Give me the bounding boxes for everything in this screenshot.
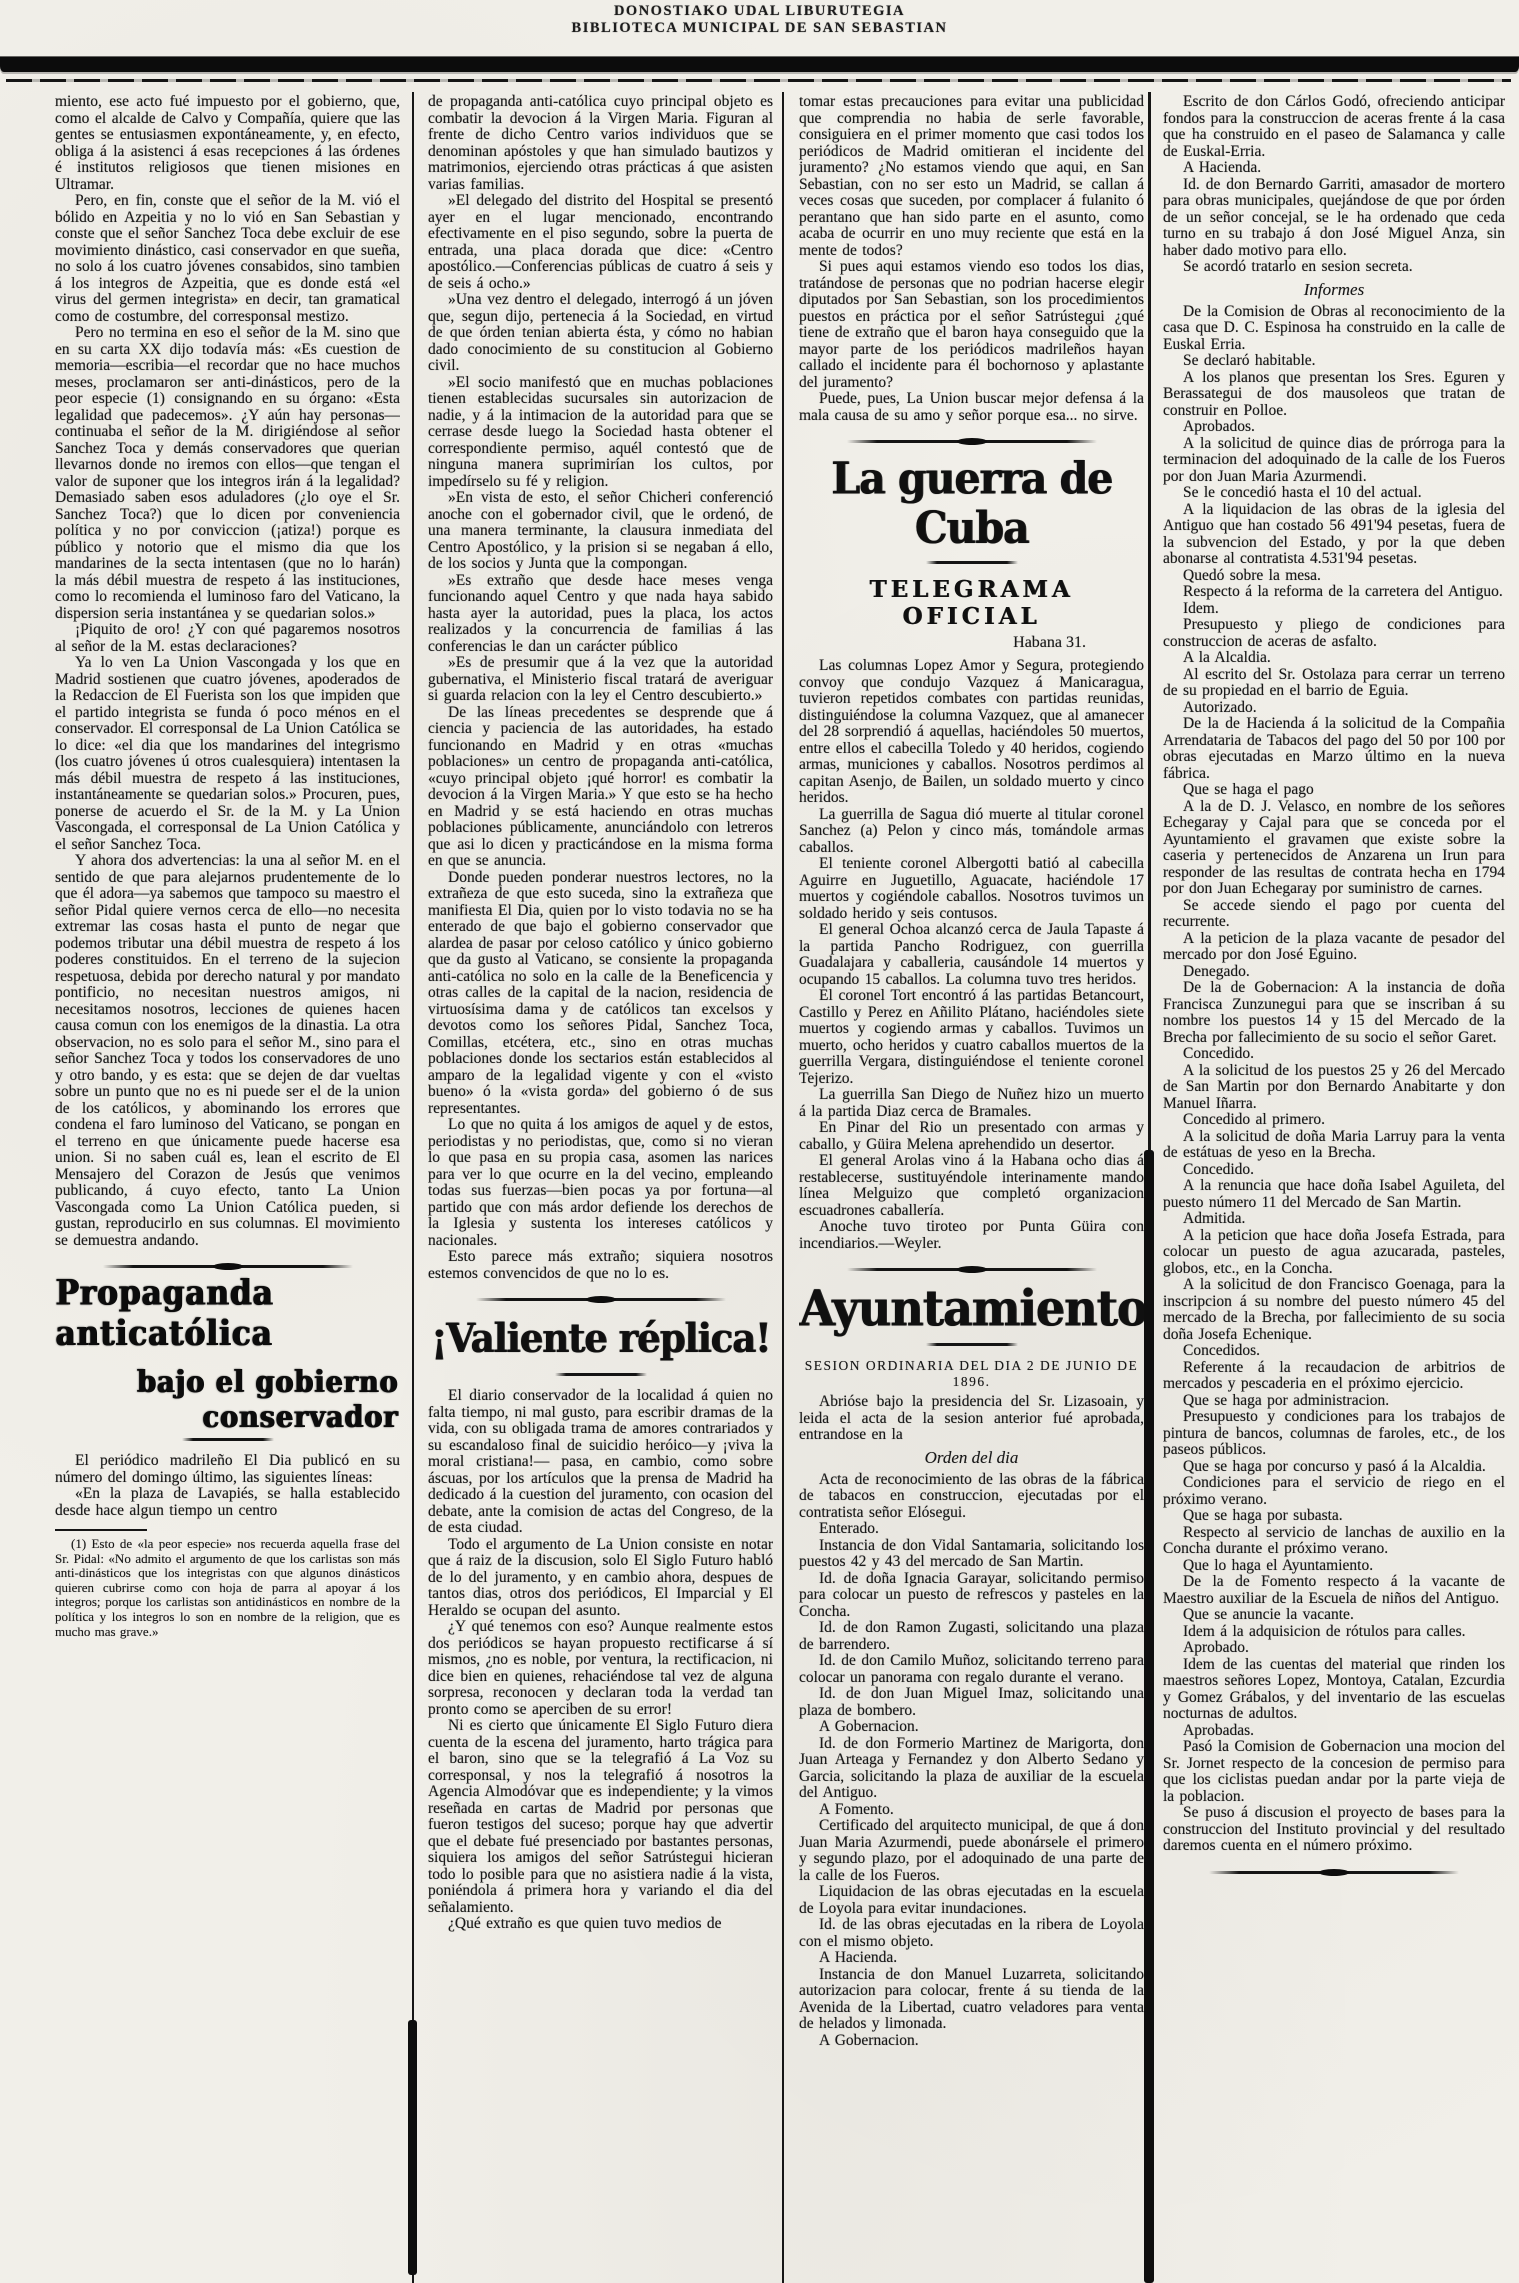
top-rule: [6, 79, 1511, 82]
article-paragraph: A la Alcaldia.: [1163, 650, 1505, 667]
article-paragraph: Pasó la Comision de Gobernacion una moci…: [1163, 1739, 1505, 1805]
article-paragraph: Id. de don Bernardo Garriti, amasador de…: [1163, 177, 1505, 260]
article-paragraph: A la de D. J. Velasco, en nombre de los …: [1163, 799, 1505, 898]
article-paragraph: Donde pueden ponderar nuestros lectores,…: [428, 870, 773, 1118]
footnote-text: (1) Esto de «la peor especie» nos recuer…: [55, 1537, 400, 1639]
article-paragraph: A la renuncia que hace doña Isabel Aguil…: [1163, 1178, 1505, 1211]
article-paragraph: ¡Piquito de oro! ¿Y con qué pagaremos no…: [55, 622, 400, 655]
article-paragraph: Ya lo ven La Union Vascongada y los que …: [55, 655, 400, 853]
headline-divider: [182, 1438, 274, 1441]
article-paragraph: Certificado del arquitecto municipal, de…: [799, 1818, 1144, 1884]
article-paragraph: Escrito de don Cárlos Godó, ofreciendo a…: [1163, 94, 1505, 160]
article-paragraph: Todo el argumento de La Union consiste e…: [428, 1537, 773, 1620]
library-stamp-line2: BIBLIOTECA MUNICIPAL DE SAN SEBASTIAN: [0, 20, 1519, 37]
article-paragraph: De la de Fomento respecto á la vacante d…: [1163, 1574, 1505, 1607]
article-paragraph: A Hacienda.: [799, 1950, 1144, 1967]
article-paragraph: A la solicitud de quince dias de prórrog…: [1163, 436, 1505, 486]
article-paragraph: Se accede siendo el pago por cuenta del …: [1163, 898, 1505, 931]
article-paragraph: A la peticion que hace doña Josefa Estra…: [1163, 1228, 1505, 1278]
scan-blot: [408, 2020, 417, 2275]
article-paragraph: Se le concedió hasta el 10 del actual.: [1163, 485, 1505, 502]
article-paragraph: Id. de don Formerio Martinez de Marigort…: [799, 1736, 1144, 1802]
article-paragraph: Concedido.: [1163, 1046, 1505, 1063]
article-paragraph: La guerrilla de Sagua dió muerte al titu…: [799, 807, 1144, 857]
section-divider: [1209, 1871, 1459, 1874]
article-paragraph: Concedido.: [1163, 1162, 1505, 1179]
article-paragraph: El general Ochoa alcanzó cerca de Jaula …: [799, 922, 1144, 988]
article-paragraph: ¿Qué extraño es que quien tuvo medios de: [428, 1916, 773, 1933]
footnote-rule: [55, 1529, 147, 1531]
article-paragraph: Pero, en fin, conste que el señor de la …: [55, 193, 400, 325]
newspaper-column-4: Escrito de don Cárlos Godó, ofreciendo a…: [1163, 94, 1505, 2279]
article-paragraph: De la de Gobernacion: A la instancia de …: [1163, 980, 1505, 1046]
article-paragraph: Id. de las obras ejecutadas en la ribera…: [799, 1917, 1144, 1950]
section-divider: [847, 1268, 1097, 1271]
article-paragraph: ¿Y qué tenemos con eso? Aunque realmente…: [428, 1619, 773, 1718]
article-paragraph: A Hacienda.: [1163, 160, 1505, 177]
column-rule-1: [412, 92, 414, 2283]
article-paragraph: Instancia de don Manuel Luzarreta, solic…: [799, 1967, 1144, 2033]
article-headline: La guerra de Cuba: [799, 453, 1144, 552]
article-paragraph: Al escrito del Sr. Ostolaza para cerrar …: [1163, 667, 1505, 700]
article-paragraph: Se declaró habitable.: [1163, 353, 1505, 370]
article-paragraph: Enterado.: [799, 1521, 1144, 1538]
article-paragraph: Denegado.: [1163, 964, 1505, 981]
article-headline: ¡Valiente réplica!: [428, 1313, 773, 1363]
article-paragraph: Admitida.: [1163, 1211, 1505, 1228]
article-paragraph: La guerrilla San Diego de Nuñez hizo un …: [799, 1087, 1144, 1120]
article-paragraph: El teniente coronel Albergotti batió al …: [799, 856, 1144, 922]
article-paragraph: Que se haga el pago: [1163, 782, 1505, 799]
article-paragraph: Respecto á la reforma de la carretera de…: [1163, 584, 1505, 601]
article-paragraph: »Es de presumir que á la vez que la auto…: [428, 655, 773, 705]
headline-divider: [555, 1373, 647, 1376]
article-paragraph: Y ahora dos advertencias: la una al seño…: [55, 853, 400, 1249]
article-paragraph: Las columnas Lopez Amor y Segura, proteg…: [799, 658, 1144, 807]
article-paragraph: «En la plaza de Lavapiés, se halla estab…: [55, 1486, 400, 1519]
article-paragraph: Pero no termina en eso el señor de la M.…: [55, 325, 400, 622]
article-paragraph: Concedidos.: [1163, 1343, 1505, 1360]
column-rule-2: [782, 92, 784, 2283]
article-paragraph: Liquidacion de las obras ejecutadas en l…: [799, 1884, 1144, 1917]
article-paragraph: A Fomento.: [799, 1802, 1144, 1819]
article-paragraph: Aprobadas.: [1163, 1723, 1505, 1740]
article-paragraph: »Es extraño que desde hace meses venga f…: [428, 573, 773, 656]
article-paragraph: Se acordó tratarlo en sesion secreta.: [1163, 259, 1505, 276]
article-paragraph: Puede, pues, La Union buscar mejor defen…: [799, 391, 1144, 424]
newspaper-column-3: tomar estas precauciones para evitar una…: [799, 94, 1144, 2279]
article-paragraph: »El socio manifestó que en muchas poblac…: [428, 375, 773, 491]
article-paragraph: A la solicitud de doña Maria Larruy para…: [1163, 1129, 1505, 1162]
article-paragraph: Presupuesto y condiciones para los traba…: [1163, 1409, 1505, 1459]
poster-headline-line1: Propaganda anticatólica: [55, 1273, 400, 1354]
article-paragraph: Idem.: [1163, 601, 1505, 618]
article-paragraph: Condiciones para el servicio de riego en…: [1163, 1475, 1505, 1508]
article-paragraph: De la Comision de Obras al reconocimient…: [1163, 304, 1505, 354]
article-paragraph: A la peticion de la plaza vacante de pes…: [1163, 931, 1505, 964]
article-paragraph: Instancia de don Vidal Santamaria, solic…: [799, 1538, 1144, 1571]
article-paragraph: Abrióse bajo la presidencia del Sr. Liza…: [799, 1394, 1144, 1444]
article-paragraph: »En vista de esto, el señor Chicheri con…: [428, 490, 773, 573]
scan-ink-band: [0, 57, 1519, 72]
article-paragraph: Aprobados.: [1163, 419, 1505, 436]
headline-divider: [926, 561, 1018, 564]
article-paragraph: Que lo haga el Ayuntamiento.: [1163, 1558, 1505, 1575]
article-paragraph: Aprobado.: [1163, 1640, 1505, 1657]
session-date-line: SESION ORDINARIA DEL DIA 2 DE JUNIO DE 1…: [799, 1358, 1144, 1390]
article-paragraph: El coronel Tort encontró á las partidas …: [799, 988, 1144, 1087]
article-paragraph: Esto parece más extraño; siquiera nosotr…: [428, 1249, 773, 1282]
telegram-dateline: Habana 31.: [799, 634, 1144, 652]
article-paragraph: Idem de las cuentas del material que rin…: [1163, 1657, 1505, 1723]
article-headline: Ayuntamiento.: [799, 1283, 1144, 1333]
article-paragraph: El general Arolas vino á la Habana ocho …: [799, 1153, 1144, 1219]
article-paragraph: Que se haga por administracion.: [1163, 1393, 1505, 1410]
article-paragraph: Id. de doña Ignacia Garayar, solicitando…: [799, 1571, 1144, 1621]
article-paragraph: Se puso á discusion el proyecto de bases…: [1163, 1805, 1505, 1855]
section-subhead: Orden del dia: [799, 1448, 1144, 1468]
article-paragraph: A Gobernacion.: [799, 1719, 1144, 1736]
article-paragraph: Anoche tuvo tiroteo por Punta Güira con …: [799, 1219, 1144, 1252]
article-paragraph: Que se anuncie la vacante.: [1163, 1607, 1505, 1624]
article-paragraph: A la solicitud de don Francisco Goenaga,…: [1163, 1277, 1505, 1343]
article-paragraph: Respecto al servicio de lanchas de auxil…: [1163, 1525, 1505, 1558]
newspaper-column-1: miento, ese acto fué impuesto por el gob…: [55, 94, 400, 2279]
library-stamp-line1: DONOSTIAKO UDAL LIBURUTEGIA: [0, 3, 1519, 20]
telegram-subhead: TELEGRAMA OFICIAL: [799, 576, 1144, 630]
article-paragraph: miento, ese acto fué impuesto por el gob…: [55, 94, 400, 193]
article-paragraph: De la de Hacienda á la solicitud de la C…: [1163, 716, 1505, 782]
article-paragraph: Referente á la recaudacion de arbitrios …: [1163, 1360, 1505, 1393]
article-paragraph: A la liquidacion de las obras de la igle…: [1163, 502, 1505, 568]
article-paragraph: Que se haga por concurso y pasó á la Alc…: [1163, 1459, 1505, 1476]
article-paragraph: tomar estas precauciones para evitar una…: [799, 94, 1144, 259]
headline-divider: [926, 1343, 1018, 1346]
section-divider: [847, 440, 1097, 443]
poster-headline-line2: bajo el gobierno conservador: [55, 1365, 400, 1434]
article-paragraph: Autorizado.: [1163, 700, 1505, 717]
article-paragraph: Lo que no quita á los amigos de aquel y …: [428, 1117, 773, 1249]
article-paragraph: A la solicitud de los puestos 25 y 26 de…: [1163, 1063, 1505, 1113]
article-paragraph: Ni es cierto que únicamente El Siglo Fut…: [428, 1718, 773, 1916]
article-paragraph: De las líneas precedentes se desprende q…: [428, 705, 773, 870]
article-paragraph: En Pinar del Rio un presentado con armas…: [799, 1120, 1144, 1153]
poster-headline: Propaganda anticatólicabajo el gobierno …: [55, 1273, 400, 1434]
section-divider: [103, 1265, 353, 1268]
article-paragraph: El diario conservador de la localidad á …: [428, 1388, 773, 1537]
section-divider: [476, 1298, 726, 1301]
article-paragraph: A Gobernacion.: [799, 2033, 1144, 2050]
article-paragraph: Acta de reconocimiento de las obras de l…: [799, 1472, 1144, 1522]
article-paragraph: »Una vez dentro el delegado, interrogó á…: [428, 292, 773, 375]
article-paragraph: El periódico madrileño El Dia publicó en…: [55, 1453, 400, 1486]
article-paragraph: Si pues aqui estamos viendo eso todos lo…: [799, 259, 1144, 391]
section-subhead: Informes: [1163, 280, 1505, 300]
article-paragraph: Quedó sobre la mesa.: [1163, 568, 1505, 585]
article-paragraph: Id. de don Camilo Muñoz, solicitando ter…: [799, 1653, 1144, 1686]
article-paragraph: Que se haga por subasta.: [1163, 1508, 1505, 1525]
article-paragraph: A los planos que presentan los Sres. Egu…: [1163, 370, 1505, 420]
article-paragraph: Presupuesto y pliego de condiciones para…: [1163, 617, 1505, 650]
article-paragraph: Concedido al primero.: [1163, 1112, 1505, 1129]
scan-blot: [1144, 1150, 1154, 2283]
newspaper-column-2: de propaganda anti-católica cuyo princip…: [428, 94, 773, 2279]
article-paragraph: »El delegado del distrito del Hospital s…: [428, 193, 773, 292]
article-paragraph: Id. de don Juan Miguel Imaz, solicitando…: [799, 1686, 1144, 1719]
article-paragraph: Idem á la adquisicion de rótulos para ca…: [1163, 1624, 1505, 1641]
article-paragraph: de propaganda anti-católica cuyo princip…: [428, 94, 773, 193]
article-paragraph: Id. de don Ramon Zugasti, solicitando un…: [799, 1620, 1144, 1653]
library-stamp-header: DONOSTIAKO UDAL LIBURUTEGIA BIBLIOTECA M…: [0, 3, 1519, 37]
